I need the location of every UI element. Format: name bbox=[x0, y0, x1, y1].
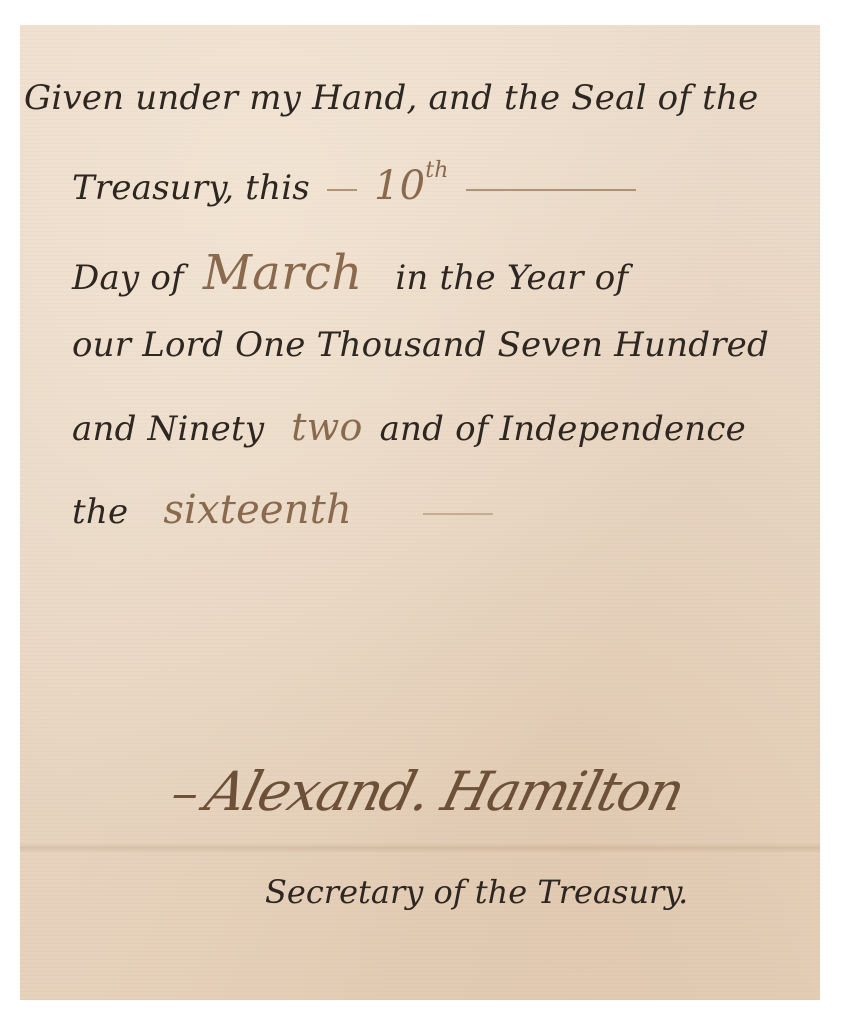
text-line-3: Day of March in the Year of bbox=[72, 245, 628, 301]
handwritten-month: March bbox=[203, 245, 363, 301]
printed-text: our Lord One Thousand Seven Hundred bbox=[72, 325, 769, 365]
handwritten-day: 10 bbox=[374, 163, 425, 209]
signature-dash bbox=[174, 795, 197, 798]
text-line-2: Treasury, this 10th bbox=[72, 158, 636, 209]
handwritten-flourish bbox=[423, 513, 493, 515]
paper-fold-crease bbox=[20, 843, 820, 853]
text-line-5: and Ninety two and of Independence bbox=[72, 405, 746, 449]
printed-text: in the Year of bbox=[395, 258, 628, 298]
handwritten-flourish bbox=[466, 189, 636, 191]
signatory-title: Secretary of the Treasury. bbox=[265, 873, 688, 911]
handwritten-independence-year: sixteenth bbox=[163, 487, 352, 533]
handwritten-ordinal: th bbox=[425, 158, 448, 183]
signature-text: Alexand. Hamilton bbox=[199, 760, 689, 823]
printed-text: and Ninety bbox=[72, 409, 264, 449]
handwritten-flourish bbox=[327, 189, 357, 191]
text-line-6: the sixteenth bbox=[72, 487, 493, 533]
printed-text: Day of bbox=[72, 258, 184, 298]
printed-text: Given under my Hand, and the Seal of the bbox=[24, 78, 758, 118]
signature: Alexand. Hamilton bbox=[167, 760, 689, 823]
text-line-4: our Lord One Thousand Seven Hundred bbox=[72, 325, 769, 365]
handwritten-year: two bbox=[291, 405, 362, 449]
text-line-1: Given under my Hand, and the Seal of the bbox=[24, 78, 758, 118]
printed-text: and of Independence bbox=[380, 409, 746, 449]
printed-text: the bbox=[72, 492, 128, 532]
printed-text: Treasury, this bbox=[72, 168, 310, 208]
